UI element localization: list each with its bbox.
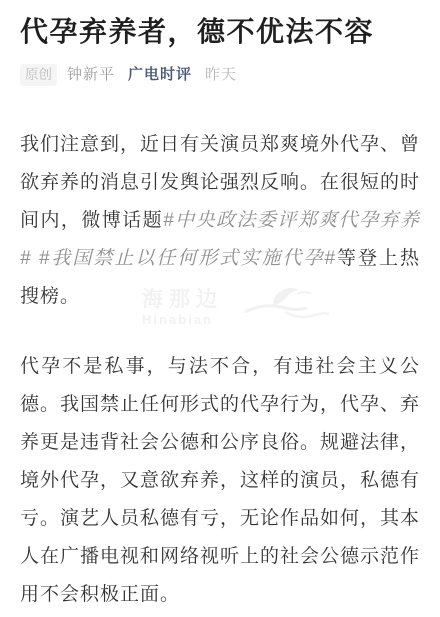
article-body: 我们注意到，近日有关演员郑爽境外代孕、曾欲弃养的消息引发舆论强烈反响。在很短的时…: [20, 126, 420, 614]
paragraph-1: 我们注意到，近日有关演员郑爽境外代孕、曾欲弃养的消息引发舆论强烈反响。在很短的时…: [20, 126, 420, 316]
byline: 原创 钟新平 广电时评 昨天: [20, 64, 420, 86]
original-badge[interactable]: 原创: [20, 64, 57, 86]
author-name: 钟新平: [67, 65, 115, 85]
article-title: 代孕弃养者，德不优法不容: [20, 14, 420, 49]
publish-date: 昨天: [205, 65, 237, 85]
article-page: 代孕弃养者，德不优法不容 原创 钟新平 广电时评 昨天 我们注意到，近日有关演员…: [0, 0, 440, 614]
paragraph-2: 代孕不是私事，与法不合，有违社会主义公德。我国禁止任何形式的代孕行为，代孕、弃养…: [20, 348, 420, 614]
paragraph-2-text: 代孕不是私事，与法不合，有违社会主义公德。我国禁止任何形式的代孕行为，代孕、弃养…: [20, 356, 420, 605]
account-name-link[interactable]: 广电时评: [128, 65, 192, 85]
